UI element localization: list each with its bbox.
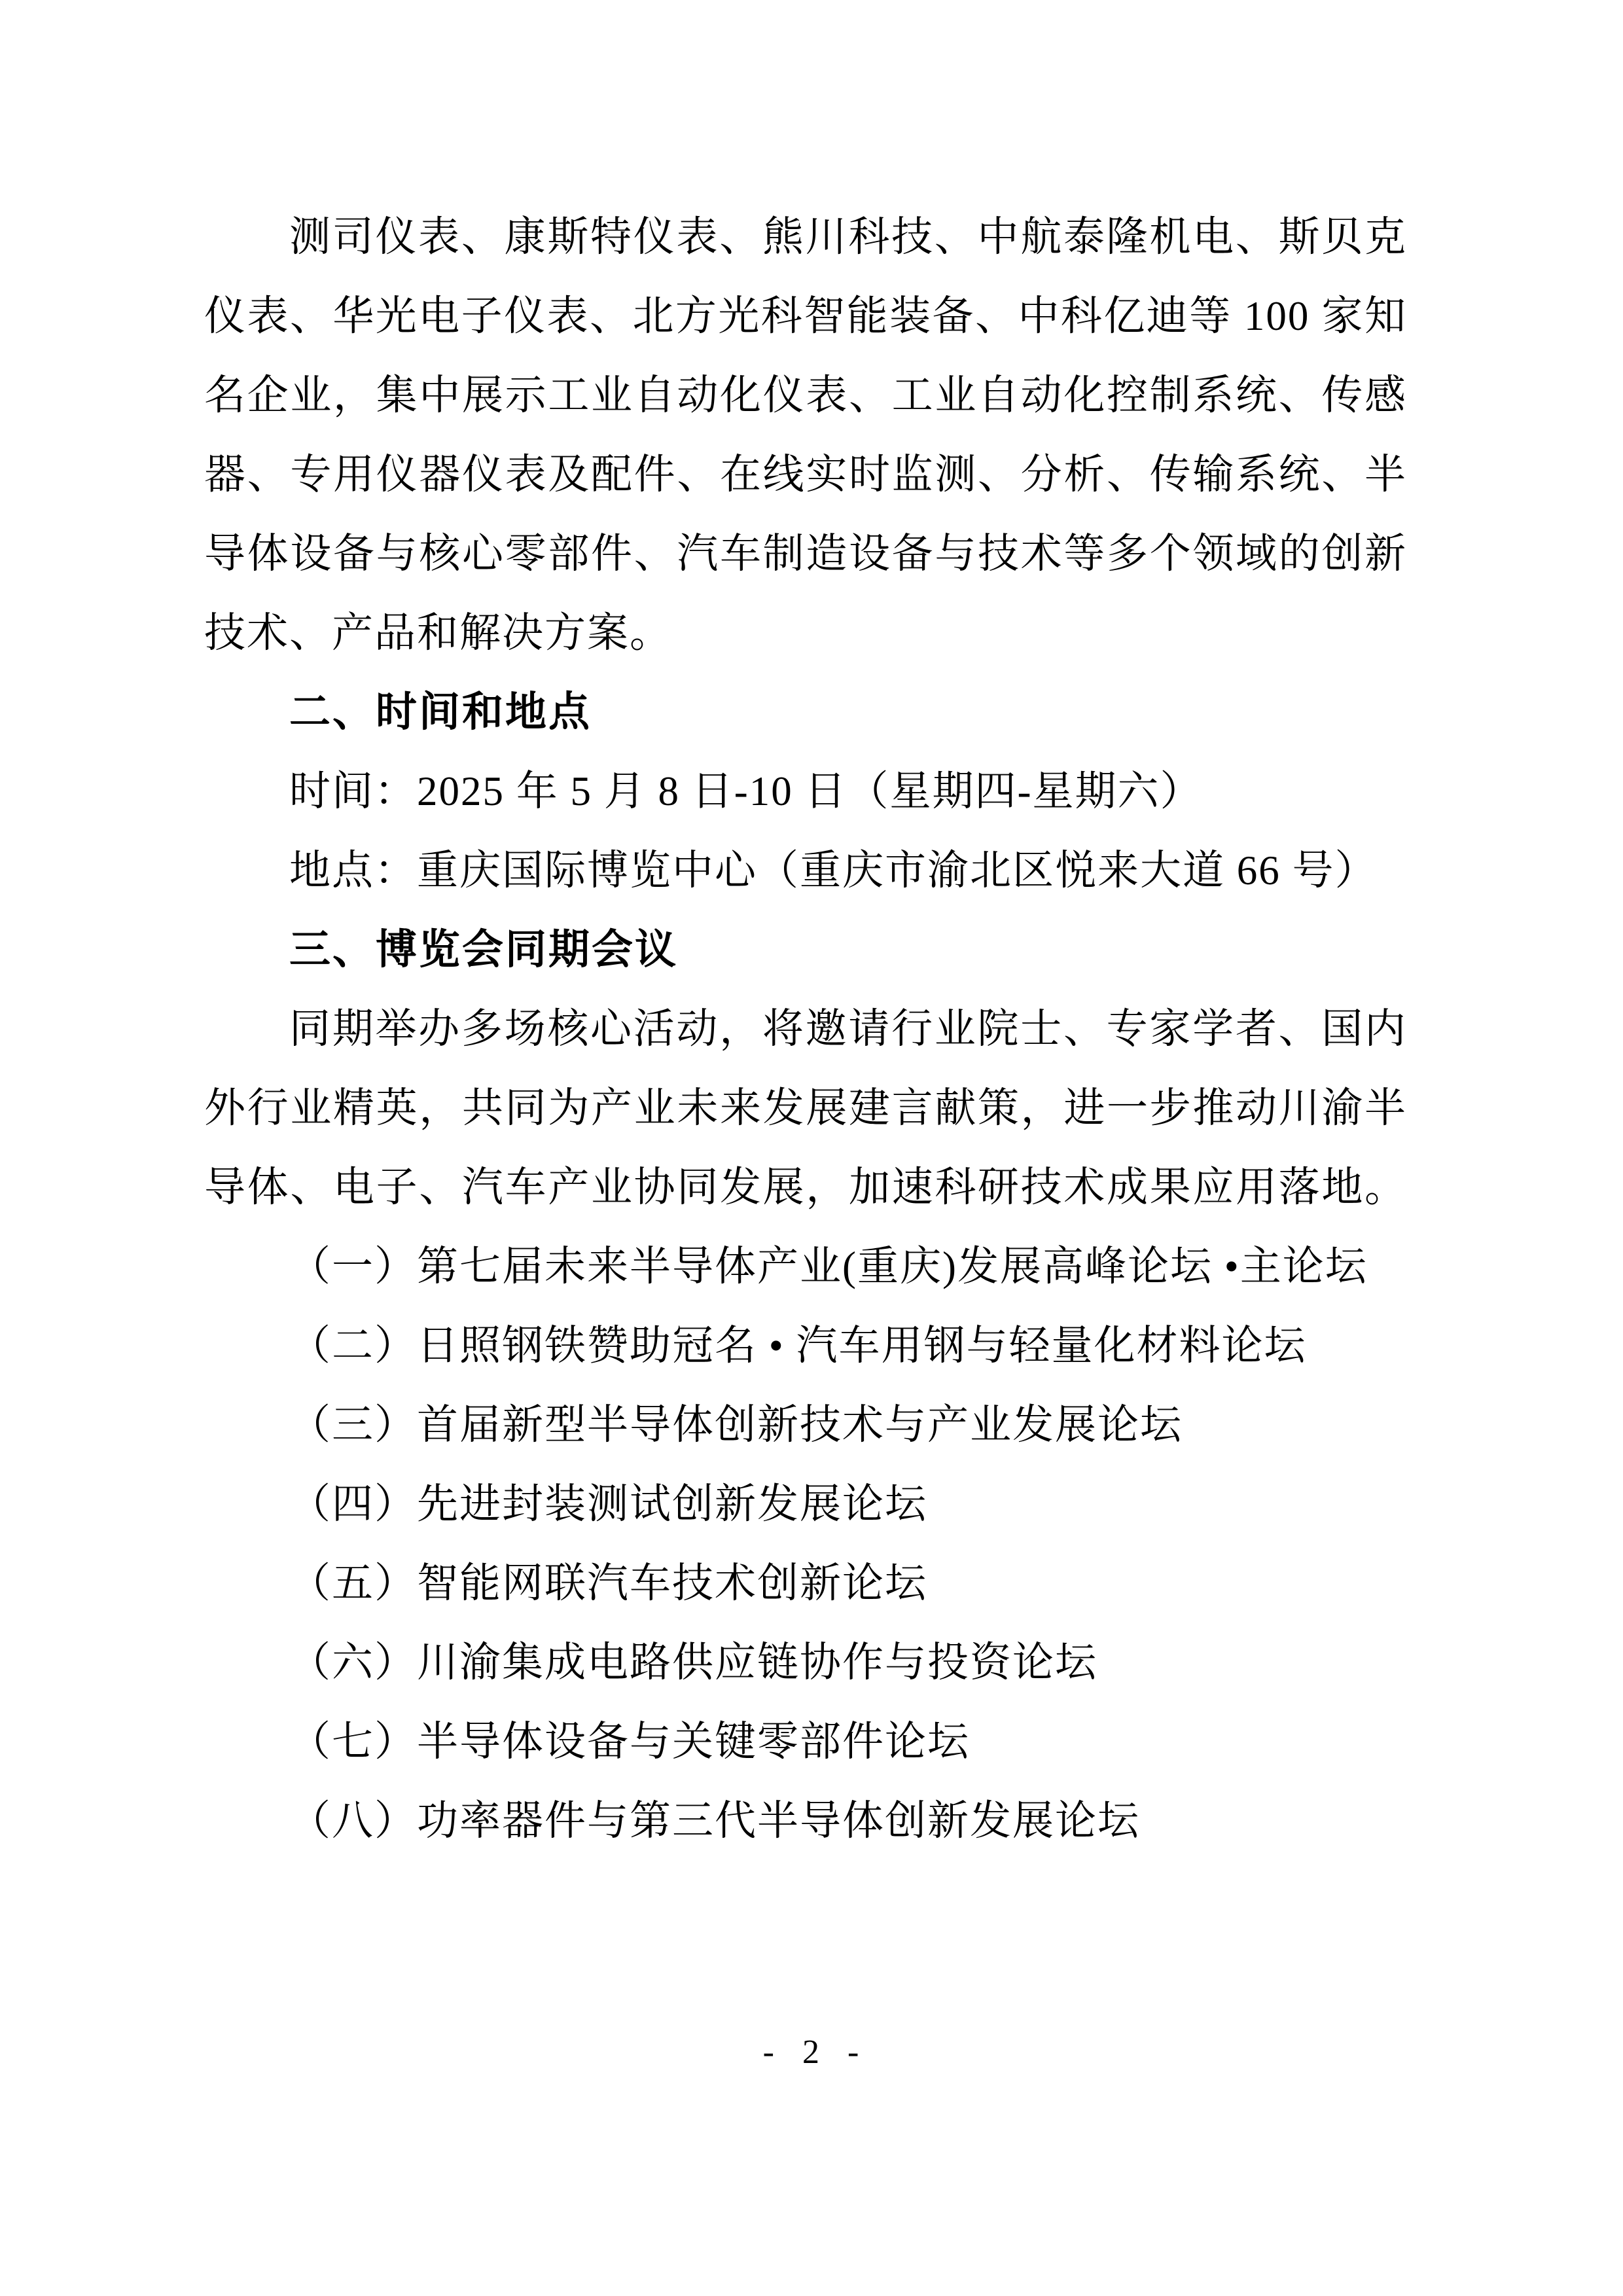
paragraph-line: 名企业，集中展示工业自动化仪表、工业自动化控制系统、传感 <box>204 356 1407 435</box>
list-item-line: （二）日照钢铁赞助冠名 • 汽车用钢与轻量化材料论坛 <box>204 1306 1407 1386</box>
section-heading: 二、时间和地点 <box>204 673 1407 752</box>
paragraph-line: 导体设备与核心零部件、汽车制造设备与技术等多个领域的创新 <box>204 514 1407 594</box>
list-item-line: （七）半导体设备与关键零部件论坛 <box>204 1702 1407 1782</box>
paragraph-line: 技术、产品和解决方案。 <box>204 594 1407 673</box>
paragraph-line: 地点：重庆国际博览中心（重庆市渝北区悦来大道 66 号） <box>204 831 1407 910</box>
paragraph-line: 导体、电子、汽车产业协同发展，加速科研技术成果应用落地。 <box>204 1148 1407 1227</box>
list-item-line: （八）功率器件与第三代半导体创新发展论坛 <box>204 1782 1407 1861</box>
paragraph-line: 器、专用仪器仪表及配件、在线实时监测、分析、传输系统、半 <box>204 435 1407 514</box>
document-page: 测司仪表、康斯特仪表、熊川科技、中航泰隆机电、斯贝克仪表、华光电子仪表、北方光科… <box>0 0 1623 2296</box>
list-item-line: （三）首届新型半导体创新技术与产业发展论坛 <box>204 1386 1407 1465</box>
paragraph-line: 外行业精英，共同为产业未来发展建言献策，进一步推动川渝半 <box>204 1069 1407 1148</box>
document-body: 测司仪表、康斯特仪表、熊川科技、中航泰隆机电、斯贝克仪表、华光电子仪表、北方光科… <box>204 198 1407 1861</box>
page-number: - 2 - <box>763 2034 861 2071</box>
list-item-line: （六）川渝集成电路供应链协作与投资论坛 <box>204 1623 1407 1702</box>
list-item-line: （一）第七届未来半导体产业(重庆)发展高峰论坛 •主论坛 <box>204 1227 1407 1306</box>
section-heading: 三、博览会同期会议 <box>204 910 1407 990</box>
list-item-line: （五）智能网联汽车技术创新论坛 <box>204 1544 1407 1623</box>
paragraph-line: 时间：2025 年 5 月 8 日-10 日（星期四-星期六） <box>204 752 1407 831</box>
page-footer: - 2 - <box>0 2033 1623 2072</box>
paragraph-line: 同期举办多场核心活动，将邀请行业院士、专家学者、国内 <box>204 990 1407 1069</box>
paragraph-line: 测司仪表、康斯特仪表、熊川科技、中航泰隆机电、斯贝克 <box>204 198 1407 277</box>
list-item-line: （四）先进封装测试创新发展论坛 <box>204 1465 1407 1544</box>
paragraph-line: 仪表、华光电子仪表、北方光科智能装备、中科亿迪等 100 家知 <box>204 277 1407 356</box>
